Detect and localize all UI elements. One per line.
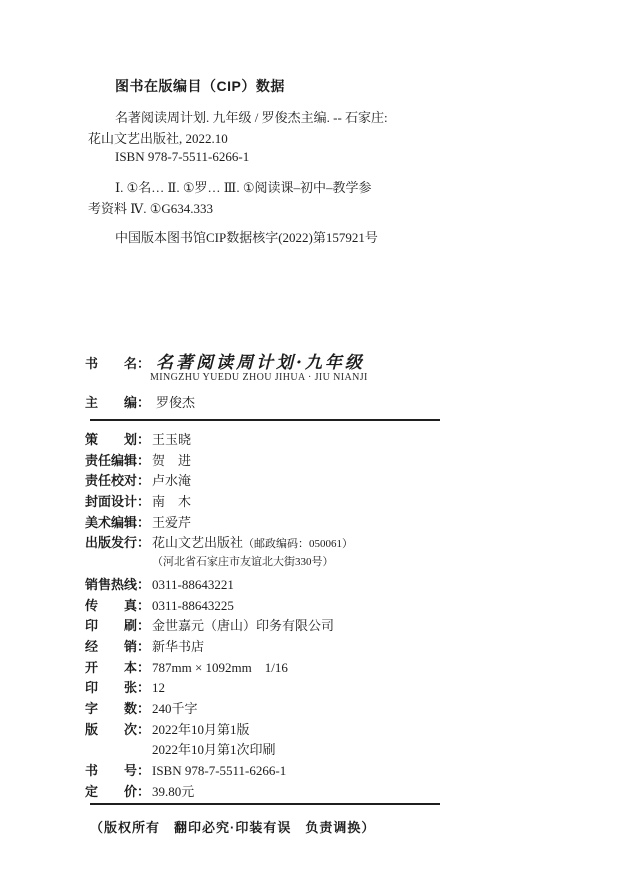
field-value: 2022年10月第1次印刷 [152, 739, 276, 758]
book-copyright-page: 图书在版编目（CIP）数据 名著阅读周计划. 九年级 / 罗俊杰主编. -- 石… [0, 0, 617, 880]
field-value: 787mm × 1092mm 1/16 [152, 657, 288, 676]
field-value: ISBN 978-7-5511-6266-1 [152, 763, 286, 779]
field-label: 版 次： [85, 719, 152, 738]
row-proofreader: 责任校对： 卢水淹 [85, 470, 555, 491]
field-label: 定 价： [85, 781, 152, 800]
row-responsible-editor: 责任编辑： 贺 进 [85, 450, 555, 471]
field-label: 书 号： [85, 760, 152, 779]
row-impression: 2022年10月第1次印刷 [85, 739, 555, 760]
book-title-label: 书 名： [85, 353, 152, 372]
row-printed-sheets: 印 张： 12 [85, 677, 555, 698]
field-value: 南 木 [152, 491, 191, 510]
chief-editor-row: 主 编： 罗俊杰 [85, 392, 195, 412]
field-value: 王玉晓 [152, 429, 191, 448]
field-value: 240千字 [152, 698, 198, 717]
field-value: 金世嘉元（唐山）印务有限公司 [152, 615, 334, 634]
row-book-number: 书 号： ISBN 978-7-5511-6266-1 [85, 760, 555, 781]
chief-editor-label: 主 编： [85, 392, 152, 411]
field-value: 卢水淹 [152, 470, 191, 489]
row-cover-designer: 封面设计： 南 木 [85, 491, 555, 512]
row-format: 开 本： 787mm × 1092mm 1/16 [85, 657, 555, 678]
cip-description-line2: 花山文艺出版社, 2022.10 [88, 128, 228, 147]
cip-record-number: 中国版本图书馆CIP数据核字(2022)第157921号 [115, 227, 378, 246]
publisher-postcode: （邮政编码：050061） [243, 535, 353, 551]
row-publisher-address: （河北省石家庄市友谊北大街330号） [85, 553, 555, 574]
colophon-section: 策 划： 王玉晓 责任编辑： 贺 进 责任校对： 卢水淹 封面设计： 南 木 美… [85, 429, 555, 801]
field-label: 责任编辑： [85, 450, 152, 469]
copyright-notice: （版权所有 翻印必究·印装有误 负责调换） [90, 817, 375, 836]
field-label: 美术编辑： [85, 512, 152, 531]
field-label: 销售热线： [85, 574, 152, 593]
chief-editor-name: 罗俊杰 [156, 395, 195, 410]
field-label: 出版发行： [85, 532, 152, 551]
field-value: 2022年10月第1版 [152, 719, 250, 738]
field-label: 责任校对： [85, 470, 152, 489]
row-word-count: 字 数： 240千字 [85, 698, 555, 719]
row-planner: 策 划： 王玉晓 [85, 429, 555, 450]
divider-rule-bottom [90, 803, 440, 805]
publisher-address: （河北省石家庄市友谊北大街330号） [152, 553, 334, 569]
field-value: 0311-88643225 [152, 598, 234, 614]
field-label: 封面设计： [85, 491, 152, 510]
field-label: 字 数： [85, 698, 152, 717]
field-value: 花山文艺出版社 [152, 532, 243, 551]
field-value: 39.80元 [152, 781, 194, 800]
book-title-row: 书 名： 名著阅读周计划·九年级 [85, 348, 365, 373]
row-distributor: 经 销： 新华书店 [85, 636, 555, 657]
row-price: 定 价： 39.80元 [85, 781, 555, 802]
field-value: 0311-88643221 [152, 577, 234, 593]
field-value: 王爱芹 [152, 512, 191, 531]
field-label: 传 真： [85, 595, 152, 614]
cip-classification-line1: Ⅰ. ①名… Ⅱ. ①罗… Ⅲ. ①阅读课–初中–教学参 [115, 177, 371, 196]
row-publisher: 出版发行： 花山文艺出版社 （邮政编码：050061） [85, 532, 555, 553]
cip-classification-line2: 考资料 Ⅳ. ①G634.333 [88, 198, 213, 217]
row-sales-hotline: 销售热线： 0311-88643221 [85, 574, 555, 595]
field-label: 印 张： [85, 677, 152, 696]
book-title-pinyin: MINGZHU YUEDU ZHOU JIHUA · JIU NIANJI [150, 372, 368, 383]
field-label: 印 刷： [85, 615, 152, 634]
row-printer: 印 刷： 金世嘉元（唐山）印务有限公司 [85, 615, 555, 636]
field-value: 贺 进 [152, 450, 191, 469]
field-label: 开 本： [85, 657, 152, 676]
field-label: 经 销： [85, 636, 152, 655]
cip-isbn-line: ISBN 978-7-5511-6266-1 [115, 149, 249, 165]
row-art-editor: 美术编辑： 王爱芹 [85, 512, 555, 533]
divider-rule-top [90, 419, 440, 421]
field-value: 12 [152, 680, 165, 696]
row-fax: 传 真： 0311-88643225 [85, 595, 555, 616]
cip-section-header: 图书在版编目（CIP）数据 [115, 76, 285, 96]
cip-description-line1: 名著阅读周计划. 九年级 / 罗俊杰主编. -- 石家庄: [115, 107, 388, 126]
book-title: 名著阅读周计划·九年级 [156, 353, 365, 373]
row-edition: 版 次： 2022年10月第1版 [85, 719, 555, 740]
field-value: 新华书店 [152, 636, 204, 655]
field-label: 策 划： [85, 429, 152, 448]
